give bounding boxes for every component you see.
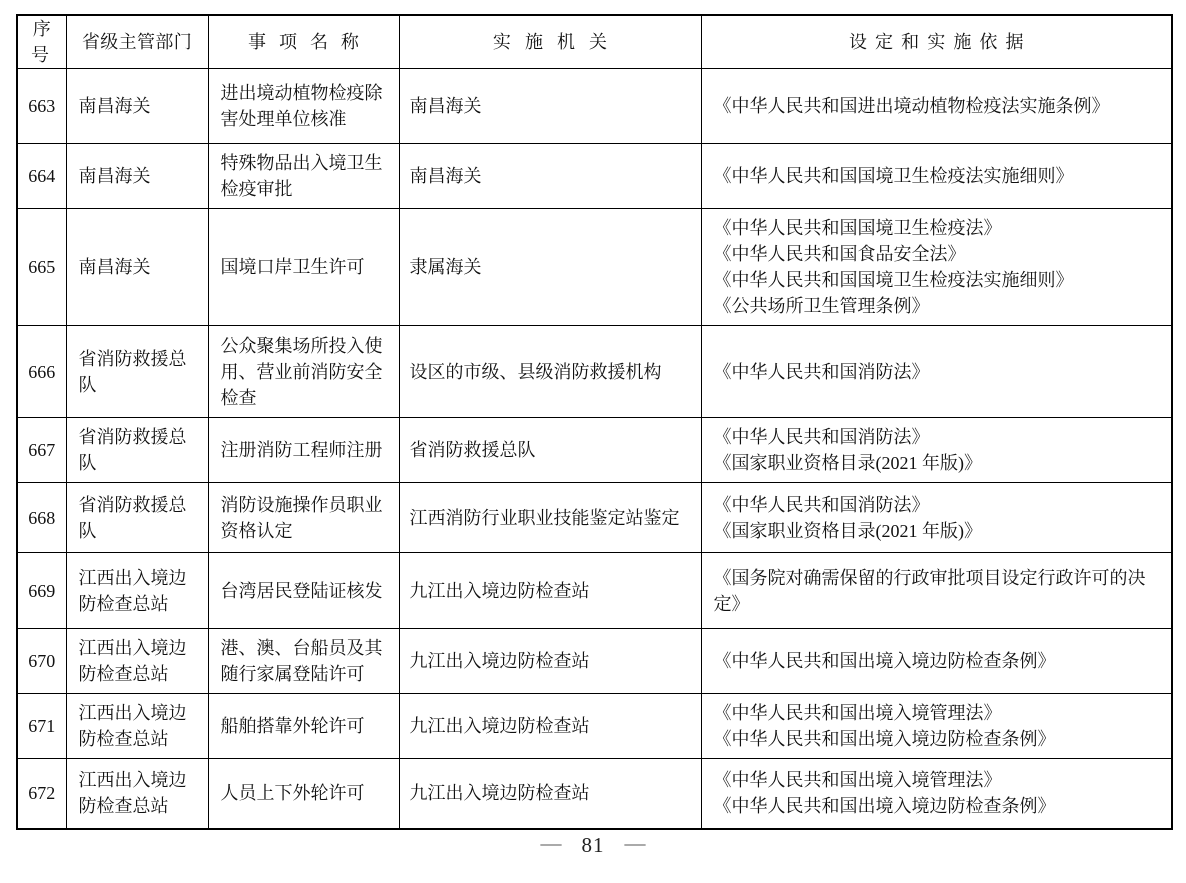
cell-dept: 江西出入境边防检查总站 [66, 759, 208, 829]
table-row: 666 省消防救援总队 公众聚集场所投入使用、营业前消防安全检查 设区的市级、县… [17, 326, 1172, 418]
cell-basis: 《中华人民共和国国境卫生检疫法》 《中华人民共和国食品安全法》 《中华人民共和国… [701, 209, 1172, 326]
table-row: 665 南昌海关 国境口岸卫生许可 隶属海关 《中华人民共和国国境卫生检疫法》 … [17, 209, 1172, 326]
cell-basis: 《中华人民共和国出境入境边防检查条例》 [701, 629, 1172, 694]
table-row: 670 江西出入境边防检查总站 港、澳、台船员及其随行家属登陆许可 九江出入境边… [17, 629, 1172, 694]
table-header: 序号 省级主管部门 事项名称 实施机关 设定和实施依据 [17, 15, 1172, 69]
cell-basis: 《中华人民共和国国境卫生检疫法实施细则》 [701, 144, 1172, 209]
cell-item: 公众聚集场所投入使用、营业前消防安全检查 [208, 326, 399, 418]
cell-dept: 江西出入境边防检查总站 [66, 694, 208, 759]
cell-item: 人员上下外轮许可 [208, 759, 399, 829]
cell-agency: 九江出入境边防检查站 [399, 629, 701, 694]
cell-dept: 南昌海关 [66, 209, 208, 326]
footer-right-dash: — [625, 831, 646, 855]
cell-dept: 省消防救援总队 [66, 483, 208, 553]
cell-dept: 省消防救援总队 [66, 418, 208, 483]
cell-basis: 《中华人民共和国消防法》 [701, 326, 1172, 418]
cell-agency: 隶属海关 [399, 209, 701, 326]
header-row: 序号 省级主管部门 事项名称 实施机关 设定和实施依据 [17, 15, 1172, 69]
cell-agency: 九江出入境边防检查站 [399, 694, 701, 759]
table-body: 663 南昌海关 进出境动植物检疫除害处理单位核准 南昌海关 《中华人民共和国进… [17, 69, 1172, 829]
table-row: 672 江西出入境边防检查总站 人员上下外轮许可 九江出入境边防检查站 《中华人… [17, 759, 1172, 829]
header-no: 序号 [17, 15, 66, 69]
table-row: 663 南昌海关 进出境动植物检疫除害处理单位核准 南昌海关 《中华人民共和国进… [17, 69, 1172, 144]
cell-no: 670 [17, 629, 66, 694]
cell-item: 港、澳、台船员及其随行家属登陆许可 [208, 629, 399, 694]
cell-dept: 南昌海关 [66, 69, 208, 144]
header-basis: 设定和实施依据 [701, 15, 1172, 69]
cell-item: 特殊物品出入境卫生检疫审批 [208, 144, 399, 209]
cell-agency: 南昌海关 [399, 144, 701, 209]
page-number: 81 [581, 833, 604, 857]
cell-agency: 省消防救援总队 [399, 418, 701, 483]
cell-agency: 九江出入境边防检查站 [399, 759, 701, 829]
cell-agency: 江西消防行业职业技能鉴定站鉴定 [399, 483, 701, 553]
table-row: 671 江西出入境边防检查总站 船舶搭靠外轮许可 九江出入境边防检查站 《中华人… [17, 694, 1172, 759]
cell-agency: 南昌海关 [399, 69, 701, 144]
cell-no: 663 [17, 69, 66, 144]
cell-no: 667 [17, 418, 66, 483]
header-item: 事项名称 [208, 15, 399, 69]
cell-dept: 南昌海关 [66, 144, 208, 209]
cell-item: 进出境动植物检疫除害处理单位核准 [208, 69, 399, 144]
cell-item: 注册消防工程师注册 [208, 418, 399, 483]
cell-basis: 《中华人民共和国进出境动植物检疫法实施条例》 [701, 69, 1172, 144]
cell-basis: 《中华人民共和国消防法》 《国家职业资格目录(2021 年版)》 [701, 483, 1172, 553]
header-dept: 省级主管部门 [66, 15, 208, 69]
cell-dept: 省消防救援总队 [66, 326, 208, 418]
cell-no: 665 [17, 209, 66, 326]
document-page: 序号 省级主管部门 事项名称 实施机关 设定和实施依据 663 南昌海关 进出境… [0, 0, 1186, 883]
footer-left-dash: — [540, 831, 561, 855]
cell-item: 消防设施操作员职业资格认定 [208, 483, 399, 553]
cell-item: 台湾居民登陆证核发 [208, 553, 399, 629]
cell-no: 668 [17, 483, 66, 553]
cell-no: 666 [17, 326, 66, 418]
cell-no: 671 [17, 694, 66, 759]
cell-item: 国境口岸卫生许可 [208, 209, 399, 326]
table-row: 664 南昌海关 特殊物品出入境卫生检疫审批 南昌海关 《中华人民共和国国境卫生… [17, 144, 1172, 209]
table-row: 667 省消防救援总队 注册消防工程师注册 省消防救援总队 《中华人民共和国消防… [17, 418, 1172, 483]
table-row: 669 江西出入境边防检查总站 台湾居民登陆证核发 九江出入境边防检查站 《国务… [17, 553, 1172, 629]
cell-no: 669 [17, 553, 66, 629]
page-footer: —81— [0, 833, 1186, 858]
cell-basis: 《国务院对确需保留的行政审批项目设定行政许可的决定》 [701, 553, 1172, 629]
approval-items-table: 序号 省级主管部门 事项名称 实施机关 设定和实施依据 663 南昌海关 进出境… [16, 14, 1173, 830]
cell-basis: 《中华人民共和国出境入境管理法》 《中华人民共和国出境入境边防检查条例》 [701, 759, 1172, 829]
cell-basis: 《中华人民共和国出境入境管理法》 《中华人民共和国出境入境边防检查条例》 [701, 694, 1172, 759]
header-agency: 实施机关 [399, 15, 701, 69]
cell-dept: 江西出入境边防检查总站 [66, 553, 208, 629]
cell-no: 672 [17, 759, 66, 829]
cell-agency: 九江出入境边防检查站 [399, 553, 701, 629]
cell-no: 664 [17, 144, 66, 209]
table-row: 668 省消防救援总队 消防设施操作员职业资格认定 江西消防行业职业技能鉴定站鉴… [17, 483, 1172, 553]
cell-basis: 《中华人民共和国消防法》 《国家职业资格目录(2021 年版)》 [701, 418, 1172, 483]
cell-item: 船舶搭靠外轮许可 [208, 694, 399, 759]
cell-dept: 江西出入境边防检查总站 [66, 629, 208, 694]
cell-agency: 设区的市级、县级消防救援机构 [399, 326, 701, 418]
